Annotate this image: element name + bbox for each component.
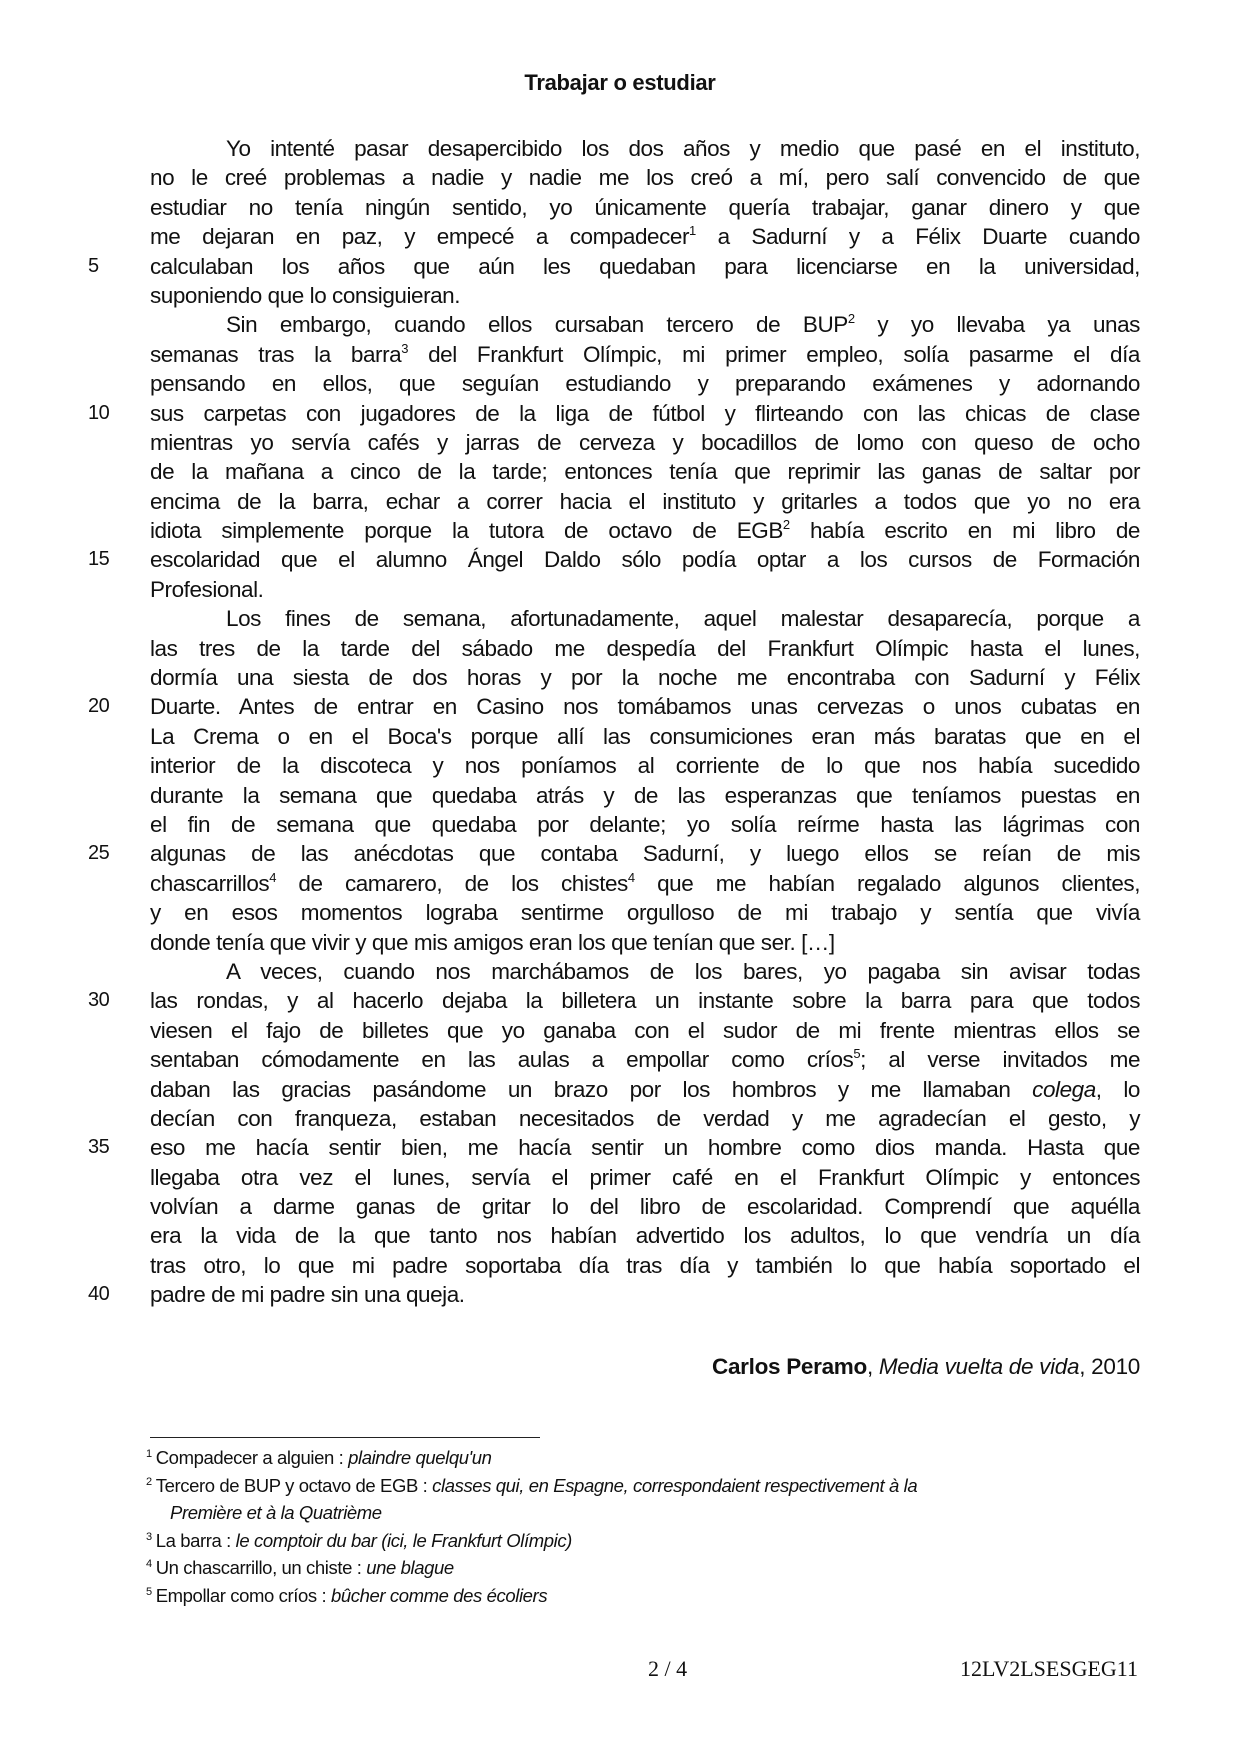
text-line: Profesional. bbox=[150, 575, 1140, 604]
text-line: pensando en ellos, que seguían estudiand… bbox=[150, 369, 1140, 398]
footnote-gloss: une blague bbox=[366, 1557, 454, 1578]
line-number: 5 bbox=[88, 252, 128, 281]
text-line: 5calculaban los años que aún les quedaba… bbox=[150, 252, 1140, 281]
footnote-term: Un chascarrillo, un chiste : bbox=[156, 1557, 367, 1578]
footnote-gloss: bûcher comme des écoliers bbox=[331, 1585, 547, 1606]
text-line: 10sus carpetas con jugadores de la liga … bbox=[150, 399, 1140, 428]
footnote-continuation: Première et à la Quatrième bbox=[146, 1499, 1136, 1527]
footnote-number: 3 bbox=[146, 1531, 152, 1543]
footnote-gloss: classes qui, en Espagne, correspondaient… bbox=[432, 1475, 917, 1496]
text-line: me dejaran en paz, y empecé a compadecer… bbox=[150, 222, 1140, 251]
footnote: 4Un chascarrillo, un chiste : une blague bbox=[146, 1554, 1136, 1582]
footnote-ref: 4 bbox=[269, 870, 276, 885]
text-line: La Crema o en el Boca's porque allí las … bbox=[150, 722, 1140, 751]
line-number: 35 bbox=[88, 1133, 128, 1162]
text-line: A veces, cuando nos marchábamos de los b… bbox=[150, 957, 1140, 986]
footnote-term: Tercero de BUP y octavo de EGB : bbox=[156, 1475, 432, 1496]
text-line: Sin embargo, cuando ellos cursaban terce… bbox=[150, 310, 1140, 339]
source-citation: Carlos Peramo, Media vuelta de vida, 201… bbox=[712, 1354, 1140, 1380]
text-line: semanas tras la barra3 del Frankfurt Olí… bbox=[150, 340, 1140, 369]
text-line: 20Duarte. Antes de entrar en Casino nos … bbox=[150, 692, 1140, 721]
text-line: encima de la barra, echar a correr hacia… bbox=[150, 487, 1140, 516]
footnote-ref: 2 bbox=[783, 517, 790, 532]
text-line: donde tenía que vivir y que mis amigos e… bbox=[150, 928, 1140, 957]
text-line: decían con franqueza, estaban necesitado… bbox=[150, 1104, 1140, 1133]
text-line: y en esos momentos lograba sentirme orgu… bbox=[150, 898, 1140, 927]
footnote-ref: 4 bbox=[628, 870, 635, 885]
work-title: Media vuelta de vida bbox=[879, 1354, 1079, 1379]
line-number: 30 bbox=[88, 986, 128, 1015]
text-line: 40padre de mi padre sin una queja. bbox=[150, 1280, 1140, 1309]
page-number: 2 / 4 bbox=[648, 1656, 687, 1682]
footnote-ref: 1 bbox=[689, 223, 696, 238]
line-number: 25 bbox=[88, 839, 128, 868]
publication-year: , 2010 bbox=[1079, 1354, 1140, 1379]
footnote-divider bbox=[150, 1437, 540, 1438]
text-line: de la mañana a cinco de la tarde; entonc… bbox=[150, 457, 1140, 486]
text-line: daban las gracias pasándome un brazo por… bbox=[150, 1075, 1140, 1104]
text-line: suponiendo que lo consiguieran. bbox=[150, 281, 1140, 310]
text-line: idiota simplemente porque la tutora de o… bbox=[150, 516, 1140, 545]
footnote: 3La barra : le comptoir du bar (ici, le … bbox=[146, 1527, 1136, 1555]
line-number: 15 bbox=[88, 545, 128, 574]
author-name: Carlos Peramo bbox=[712, 1354, 867, 1379]
line-number: 40 bbox=[88, 1280, 128, 1309]
footnote-number: 1 bbox=[146, 1448, 152, 1460]
footnote: 5Empollar como críos : bûcher comme des … bbox=[146, 1582, 1136, 1610]
footnote-term: Compadecer a alguien : bbox=[156, 1447, 348, 1468]
text-line: chascarrillos4 de camarero, de los chist… bbox=[150, 869, 1140, 898]
text-line: volvían a darme ganas de gritar lo del l… bbox=[150, 1192, 1140, 1221]
footnote-number: 5 bbox=[146, 1586, 152, 1598]
footnote-gloss: plaindre quelqu'un bbox=[348, 1447, 491, 1468]
document-title: Trabajar o estudiar bbox=[0, 70, 1240, 96]
text-line: viesen el fajo de billetes que yo ganaba… bbox=[150, 1016, 1140, 1045]
footnote-ref: 2 bbox=[848, 311, 855, 326]
text-line: sentaban cómodamente en las aulas a empo… bbox=[150, 1045, 1140, 1074]
text-line: llegaba otra vez el lunes, servía el pri… bbox=[150, 1163, 1140, 1192]
text-line: interior de la discoteca y nos poníamos … bbox=[150, 751, 1140, 780]
text-line: 15escolaridad que el alumno Ángel Daldo … bbox=[150, 545, 1140, 574]
text-line: 35eso me hacía sentir bien, me hacía sen… bbox=[150, 1133, 1140, 1162]
footnote-gloss: le comptoir du bar (ici, le Frankfurt Ol… bbox=[236, 1530, 572, 1551]
footnote: 2Tercero de BUP y octavo de EGB : classe… bbox=[146, 1472, 1136, 1500]
document-code: 12LV2LSESGEG11 bbox=[960, 1656, 1138, 1682]
text-line: Los fines de semana, afortunadamente, aq… bbox=[150, 604, 1140, 633]
footnotes: 1Compadecer a alguien : plaindre quelqu'… bbox=[146, 1444, 1136, 1609]
footnote-ref: 3 bbox=[401, 341, 408, 356]
line-number: 20 bbox=[88, 692, 128, 721]
main-text: Yo intenté pasar desapercibido los dos a… bbox=[150, 134, 1140, 1310]
footnote-number: 4 bbox=[146, 1558, 152, 1570]
text-line: 30las rondas, y al hacerlo dejaba la bil… bbox=[150, 986, 1140, 1015]
footnote-term: La barra : bbox=[156, 1530, 236, 1551]
text-line: mientras yo servía cafés y jarras de cer… bbox=[150, 428, 1140, 457]
text-line: durante la semana que quedaba atrás y de… bbox=[150, 781, 1140, 810]
text-line: tras otro, lo que mi padre soportaba día… bbox=[150, 1251, 1140, 1280]
footnote-term: Empollar como críos : bbox=[156, 1585, 331, 1606]
text-line: estudiar no tenía ningún sentido, yo úni… bbox=[150, 193, 1140, 222]
text-line: las tres de la tarde del sábado me despe… bbox=[150, 634, 1140, 663]
footnote: 1Compadecer a alguien : plaindre quelqu'… bbox=[146, 1444, 1136, 1472]
text-line: el fin de semana que quedaba por delante… bbox=[150, 810, 1140, 839]
line-number: 10 bbox=[88, 399, 128, 428]
footnote-number: 2 bbox=[146, 1476, 152, 1488]
italic-term: colega bbox=[1032, 1077, 1096, 1102]
text-line: 25algunas de las anécdotas que contaba S… bbox=[150, 839, 1140, 868]
text-line: dormía una siesta de dos horas y por la … bbox=[150, 663, 1140, 692]
text-line: no le creé problemas a nadie y nadie me … bbox=[150, 163, 1140, 192]
text-line: era la vida de la que tanto nos habían a… bbox=[150, 1221, 1140, 1250]
text-line: Yo intenté pasar desapercibido los dos a… bbox=[150, 134, 1140, 163]
